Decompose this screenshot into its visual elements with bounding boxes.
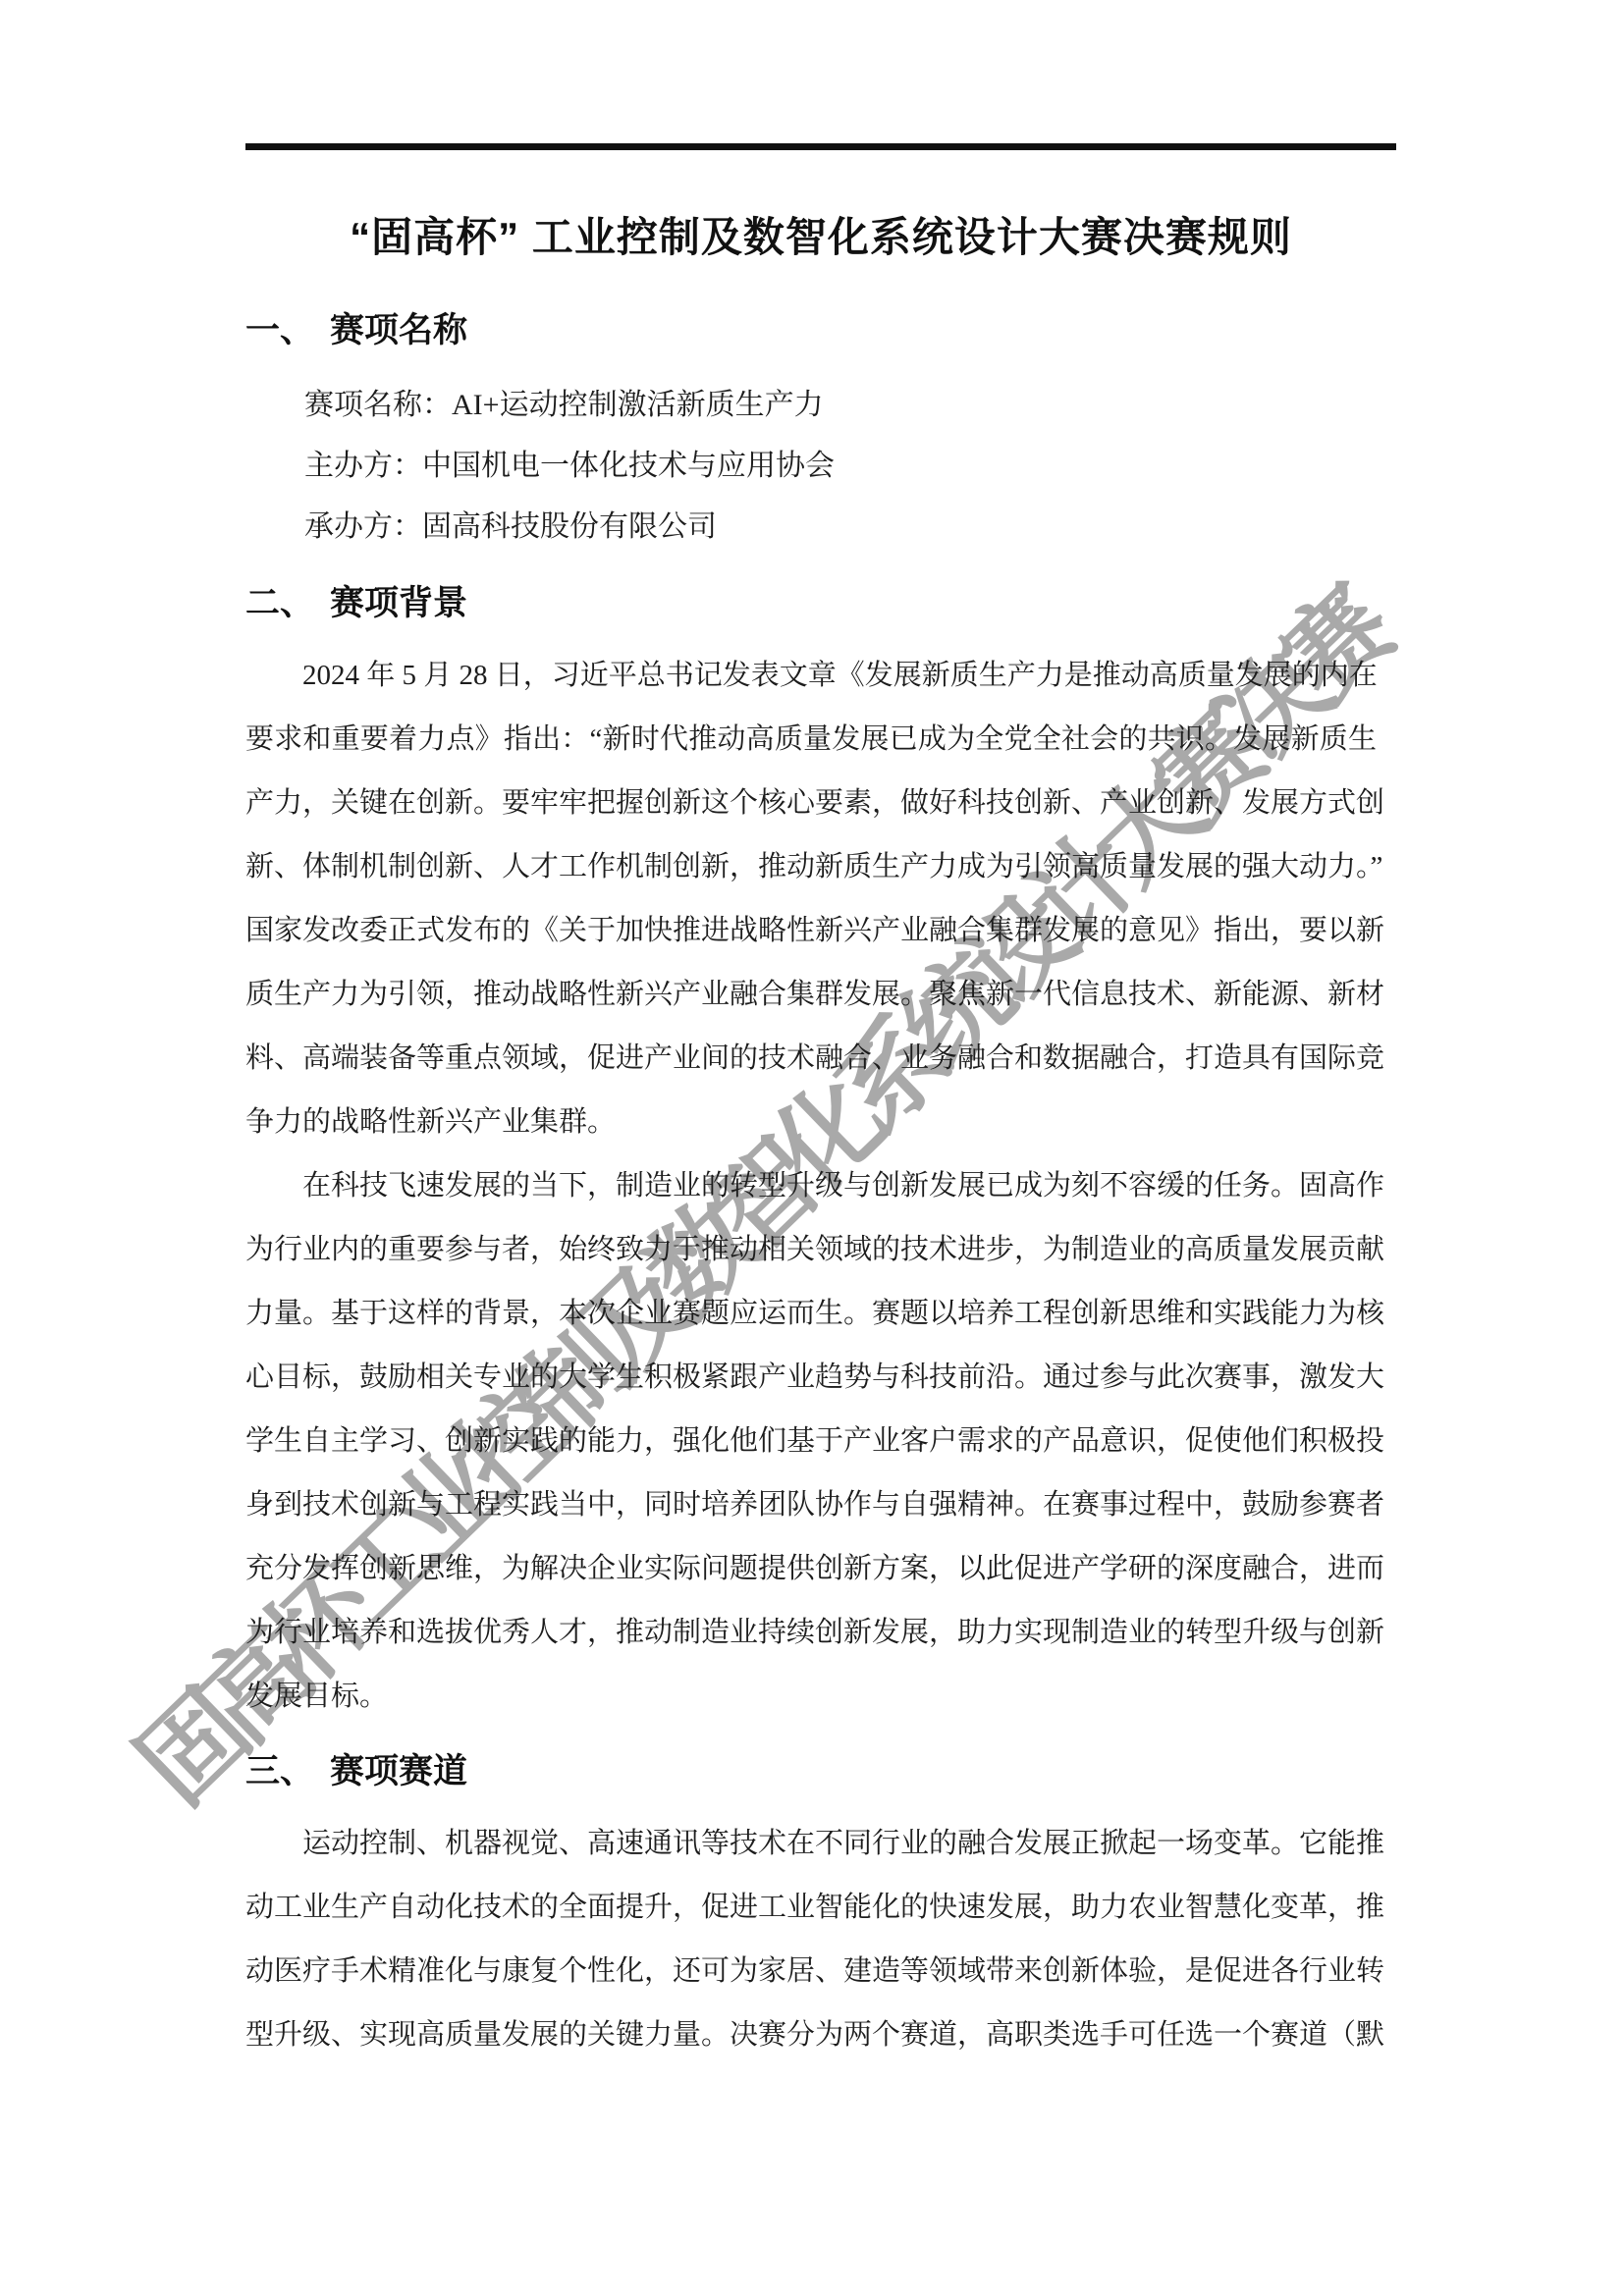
competition-info-list: 赛项名称：AI+运动控制激活新质生产力主办方：中国机电一体化技术与应用协会承办方… [304, 375, 1384, 558]
body-line: 充分发挥创新思维，为解决企业实际问题提供创新方案，以此促进产学研的深度融合，进而 [245, 1537, 1377, 1601]
info-line: 承办方：固高科技股份有限公司 [304, 497, 1384, 558]
body-line: 要求和重要着力点》指出：“新时代推动高质量发展已成为全党全社会的共识。发展新质生 [245, 708, 1377, 772]
body-line: 为行业内的重要参与者，始终致力于推动相关领域的技术进步，为制造业的高质量发展贡献 [245, 1218, 1377, 1282]
body-line: 动医疗手术精准化与康复个性化，还可为家居、建造等领域带来创新体验，是促进各行业转 [245, 1940, 1377, 2003]
body-line: 产力，关键在创新。要牢牢把握创新这个核心要素，做好科技创新、产业创新、发展方式创 [245, 772, 1377, 835]
body-line: 料、高端装备等重点领域，促进产业间的技术融合、业务融合和数据融合，打造具有国际竞 [245, 1027, 1377, 1091]
section-number: 三、 [245, 1752, 314, 1790]
body-line: 国家发改委正式发布的《关于加快推进战略性新兴产业融合集群发展的意见》指出，要以新 [245, 899, 1377, 963]
section-heading-3: 三、赛项赛道 [245, 1752, 1396, 1791]
body-line: 心目标，鼓励相关专业的大学生积极紧跟产业趋势与科技前沿。通过参与此次赛事，激发大 [245, 1346, 1377, 1410]
page-content: “固高杯” 工业控制及数智化系统设计大赛决赛规则 一、赛项名称 赛项名称：AI+… [0, 0, 1624, 2296]
body-line: 动工业生产自动化技术的全面提升，促进工业智能化的快速发展，助力农业智慧化变革，推 [245, 1876, 1377, 1940]
section-heading-1: 一、赛项名称 [245, 311, 1396, 350]
document-title: “固高杯” 工业控制及数智化系统设计大赛决赛规则 [245, 213, 1396, 262]
body-line: 新、体制机制创新、人才工作机制创新，推动新质生产力成为引领高质量发展的强大动力。… [245, 835, 1377, 899]
section-title: 赛项名称 [330, 311, 467, 349]
body-line: 2024 年 5 月 28 日，习近平总书记发表文章《发展新质生产力是推动高质量… [245, 644, 1377, 708]
section-number: 二、 [245, 584, 314, 622]
section-title: 赛项背景 [330, 584, 467, 622]
info-line: 主办方：中国机电一体化技术与应用协会 [304, 436, 1384, 497]
section-number: 一、 [245, 311, 314, 349]
body-line: 发展目标。 [245, 1665, 1377, 1729]
section-heading-2: 二、赛项背景 [245, 584, 1396, 623]
background-paragraph-2: 在科技飞速发展的当下，制造业的转型升级与创新发展已成为刻不容缓的任务。固高作为行… [245, 1154, 1377, 1729]
section-title: 赛项赛道 [330, 1752, 467, 1790]
body-line: 运动控制、机器视觉、高速通讯等技术在不同行业的融合发展正掀起一场变革。它能推 [245, 1812, 1377, 1876]
body-line: 质生产力为引领，推动战略性新兴产业融合集群发展。聚焦新一代信息技术、新能源、新材 [245, 963, 1377, 1027]
document-page: 固高杯工业控制及数智化系统设计大赛决赛 “固高杯” 工业控制及数智化系统设计大赛… [0, 0, 1624, 2296]
body-line: 身到技术创新与工程实践当中，同时培养团队协作与自强精神。在赛事过程中，鼓励参赛者 [245, 1473, 1377, 1537]
track-paragraph-1: 运动控制、机器视觉、高速通讯等技术在不同行业的融合发展正掀起一场变革。它能推动工… [245, 1812, 1377, 2067]
body-line: 为行业培养和选拔优秀人才，推动制造业持续创新发展，助力实现制造业的转型升级与创新 [245, 1601, 1377, 1665]
body-line: 在科技飞速发展的当下，制造业的转型升级与创新发展已成为刻不容缓的任务。固高作 [245, 1154, 1377, 1218]
body-line: 力量。基于这样的背景，本次企业赛题应运而生。赛题以培养工程创新思维和实践能力为核 [245, 1282, 1377, 1346]
body-line: 型升级、实现高质量发展的关键力量。决赛分为两个赛道，高职类选手可任选一个赛道（默 [245, 2003, 1377, 2067]
background-paragraph-1: 2024 年 5 月 28 日，习近平总书记发表文章《发展新质生产力是推动高质量… [245, 644, 1377, 1154]
body-line: 学生自主学习、创新实践的能力，强化他们基于产业客户需求的产品意识，促使他们积极投 [245, 1410, 1377, 1473]
info-line: 赛项名称：AI+运动控制激活新质生产力 [304, 375, 1384, 436]
body-line: 争力的战略性新兴产业集群。 [245, 1091, 1377, 1154]
header-rule [245, 143, 1396, 150]
